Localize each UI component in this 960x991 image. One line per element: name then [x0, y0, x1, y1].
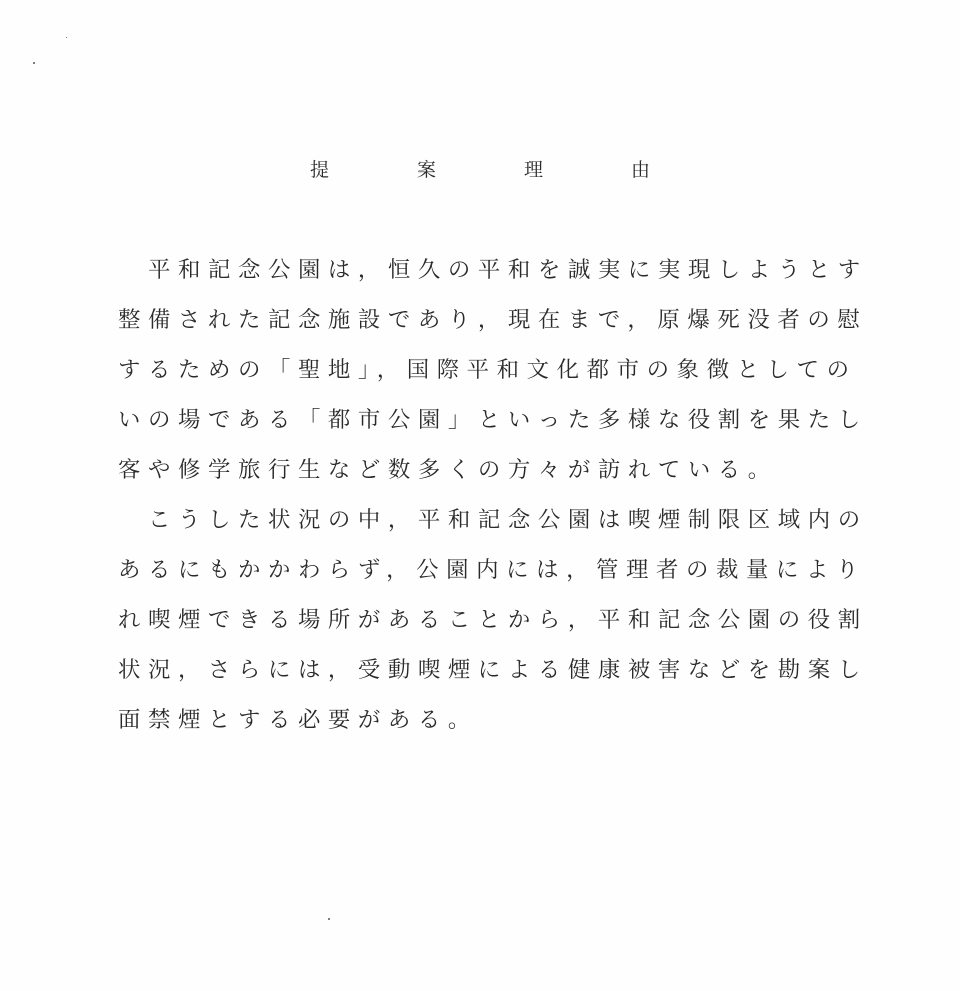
paragraph-2: こうした状況の中，平和記念公園は喫煙制限区域内の屋外の公共の場所で あるにもかか…: [118, 505, 862, 755]
text-line: するための「聖地」，国際平和文化都市の象徴としての「観光地」，市民の憩: [118, 355, 862, 405]
scan-speck: [328, 918, 330, 920]
text-line: こうした状況の中，平和記念公園は喫煙制限区域内の屋外の公共の場所で: [118, 505, 862, 555]
scanned-document-page: 提案理由 平和記念公園は，恒久の平和を誠実に実現しようとする理想の象徴として 整…: [0, 0, 960, 991]
text-line: 平和記念公園は，恒久の平和を誠実に実現しようとする理想の象徴として: [118, 255, 862, 305]
text-line: れ喫煙できる場所があることから，平和記念公園の役割や訪れる観光客等の: [118, 605, 862, 655]
document-body: 平和記念公園は，恒久の平和を誠実に実現しようとする理想の象徴として 整備された記…: [118, 255, 862, 755]
text-line: 状況，さらには，受動喫煙による健康被害などを勘案し，平和記念公園を全: [118, 655, 862, 705]
title-char: 案: [417, 155, 436, 182]
title-char: 提: [310, 155, 329, 182]
scan-speck: [33, 62, 35, 64]
text-line: 整備された記念施設であり，現在まで，原爆死没者の慰霊と世界平和を祈念: [118, 305, 862, 355]
text-line: いの場である「都市公園」といった多様な役割を果たしており，外国人観光: [118, 405, 862, 455]
text-line: あるにもかかわらず，公園内には，管理者の裁量により，未だ灰皿が設置さ: [118, 555, 862, 605]
title-char: 由: [631, 155, 650, 182]
text-line: 面禁煙とする必要がある。: [118, 705, 862, 755]
text-line: 客や修学旅行生など数多くの方々が訪れている。: [118, 455, 862, 505]
document-title: 提案理由: [0, 155, 960, 182]
title-char: 理: [524, 155, 543, 182]
paragraph-1: 平和記念公園は，恒久の平和を誠実に実現しようとする理想の象徴として 整備された記…: [118, 255, 862, 505]
scan-speck: [66, 37, 67, 38]
